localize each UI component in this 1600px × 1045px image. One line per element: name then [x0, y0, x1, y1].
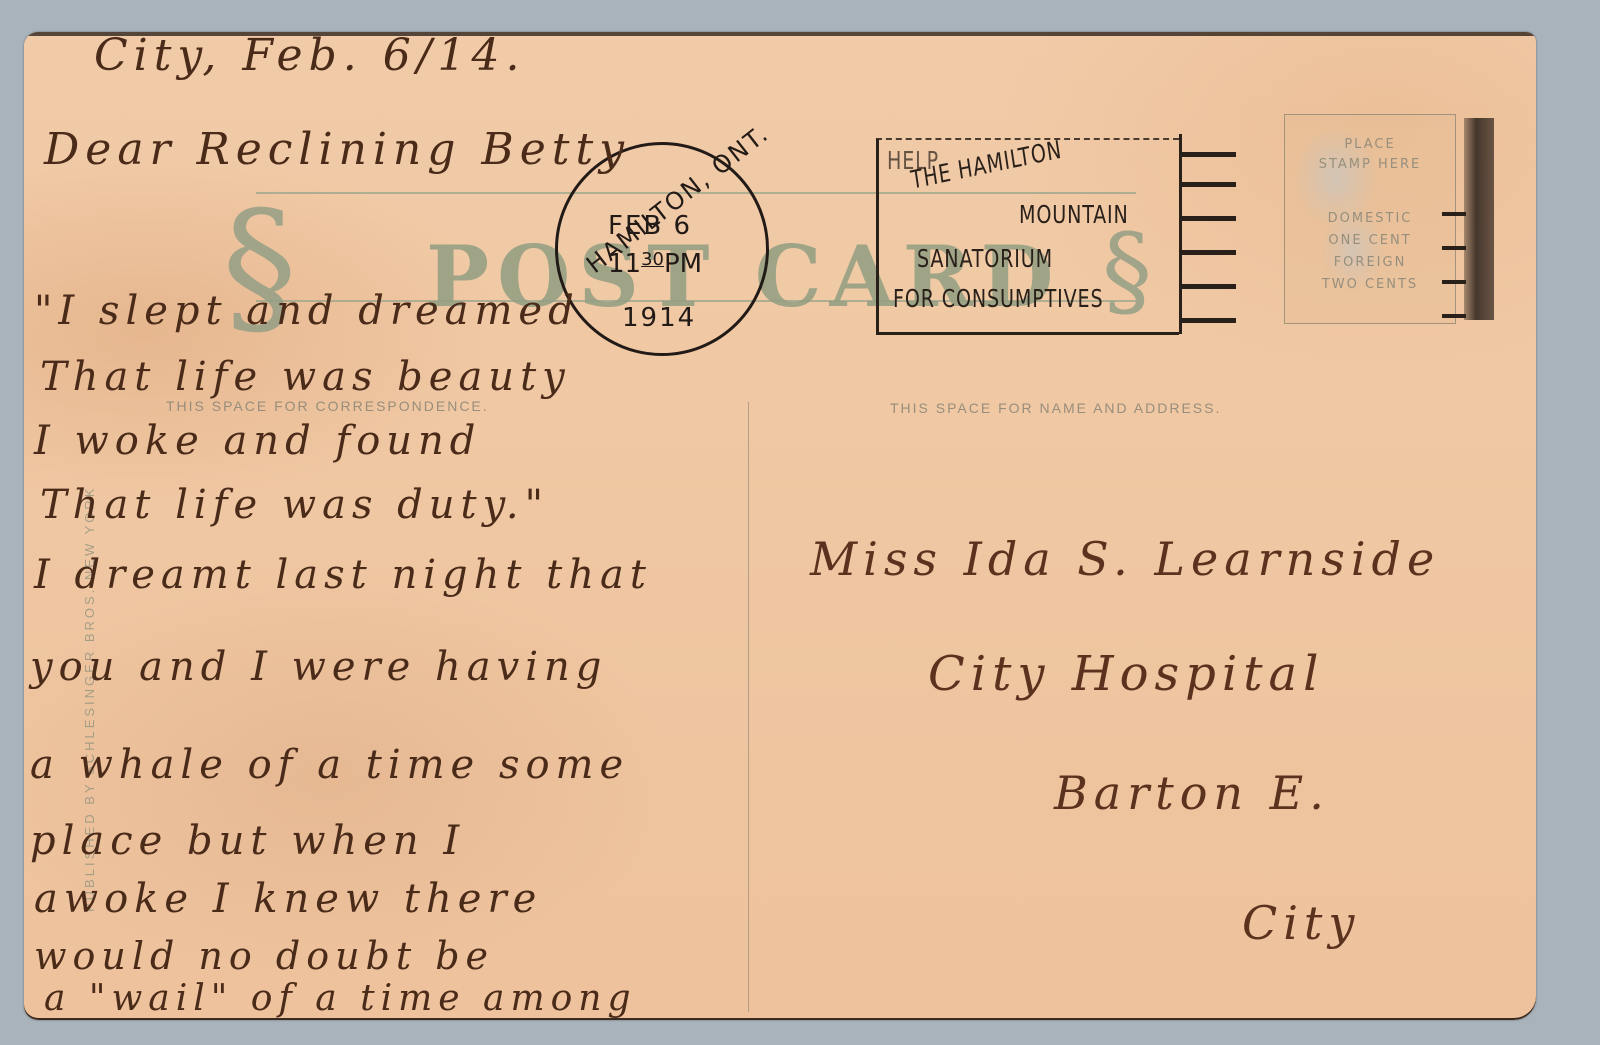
slogan-line-2: THE HAMILTON: [909, 135, 1064, 195]
address-line: Miss Ida S. Learnside: [810, 532, 1440, 586]
message-line: "I slept and dreamed: [34, 288, 580, 334]
message-line: place but when I: [30, 818, 465, 864]
address-line: Barton E.: [1054, 766, 1330, 820]
stamp-text-6: TWO CENTS: [1285, 277, 1455, 292]
cancel-tick: [1442, 212, 1466, 216]
postmark-date: FEB 6: [608, 211, 692, 241]
slogan-right-rule: [1179, 134, 1182, 334]
message-greeting: Dear Reclining Betty: [44, 124, 630, 175]
cancel-heavy-bar: [1464, 118, 1494, 320]
stamp-text-2: STAMP HERE: [1285, 157, 1455, 172]
correspondence-label: THIS SPACE FOR CORRESPONDENCE.: [166, 398, 489, 414]
cancel-tick: [1442, 246, 1466, 250]
cancel-tick: [1442, 314, 1466, 318]
message-line: That life was duty.": [40, 482, 549, 528]
slogan-line-5: FOR CONSUMPTIVES: [893, 284, 1103, 313]
slogan-line-4: SANATORIUM: [917, 244, 1053, 273]
stamp-text-3: DOMESTIC: [1285, 211, 1455, 226]
message-line: I dreamt last night that: [34, 552, 652, 598]
stamp-text-5: FOREIGN: [1285, 255, 1455, 270]
message-line: I woke and found: [34, 418, 481, 464]
message-line: a whale of a time some: [30, 742, 629, 788]
center-divider: [748, 402, 749, 1012]
postmark-time: 1130PM: [608, 249, 702, 279]
message-line: awoke I knew there: [34, 876, 542, 922]
postmark-hour: 11: [608, 249, 641, 279]
stamp-text-1: PLACE: [1285, 137, 1455, 152]
cancel-tick: [1442, 280, 1466, 284]
message-dateline: City, Feb. 6/14.: [94, 32, 526, 81]
address-line: City Hospital: [928, 646, 1324, 702]
cancel-bar: [1180, 318, 1236, 323]
cancel-bar: [1180, 152, 1236, 157]
postmark-ampm: PM: [664, 249, 702, 279]
address-line: City: [1242, 896, 1360, 950]
postmark-year: 1914: [622, 303, 696, 333]
postmark-minute: 30: [641, 249, 664, 270]
slogan-cancel: HELP THE HAMILTON MOUNTAIN SANATORIUM FO…: [876, 138, 1179, 335]
stamp-placeholder: PLACE STAMP HERE DOMESTIC ONE CENT FOREI…: [1284, 114, 1456, 324]
message-line: would no doubt be: [34, 934, 494, 978]
message-line: you and I were having: [30, 644, 607, 690]
cancel-bar: [1180, 284, 1236, 289]
postcard: PUBLISHED BY SCHLESINGER BROS. NEW YORK …: [24, 32, 1536, 1020]
cancel-bar: [1180, 250, 1236, 255]
message-line: That life was beauty: [40, 354, 571, 400]
cancel-bar: [1180, 182, 1236, 187]
slogan-line-3: MOUNTAIN: [1019, 200, 1129, 229]
address-label: THIS SPACE FOR NAME AND ADDRESS.: [890, 400, 1221, 416]
message-line: a "wail" of a time among: [44, 978, 637, 1019]
cancel-bar: [1180, 216, 1236, 221]
stamp-text-4: ONE CENT: [1285, 233, 1455, 248]
